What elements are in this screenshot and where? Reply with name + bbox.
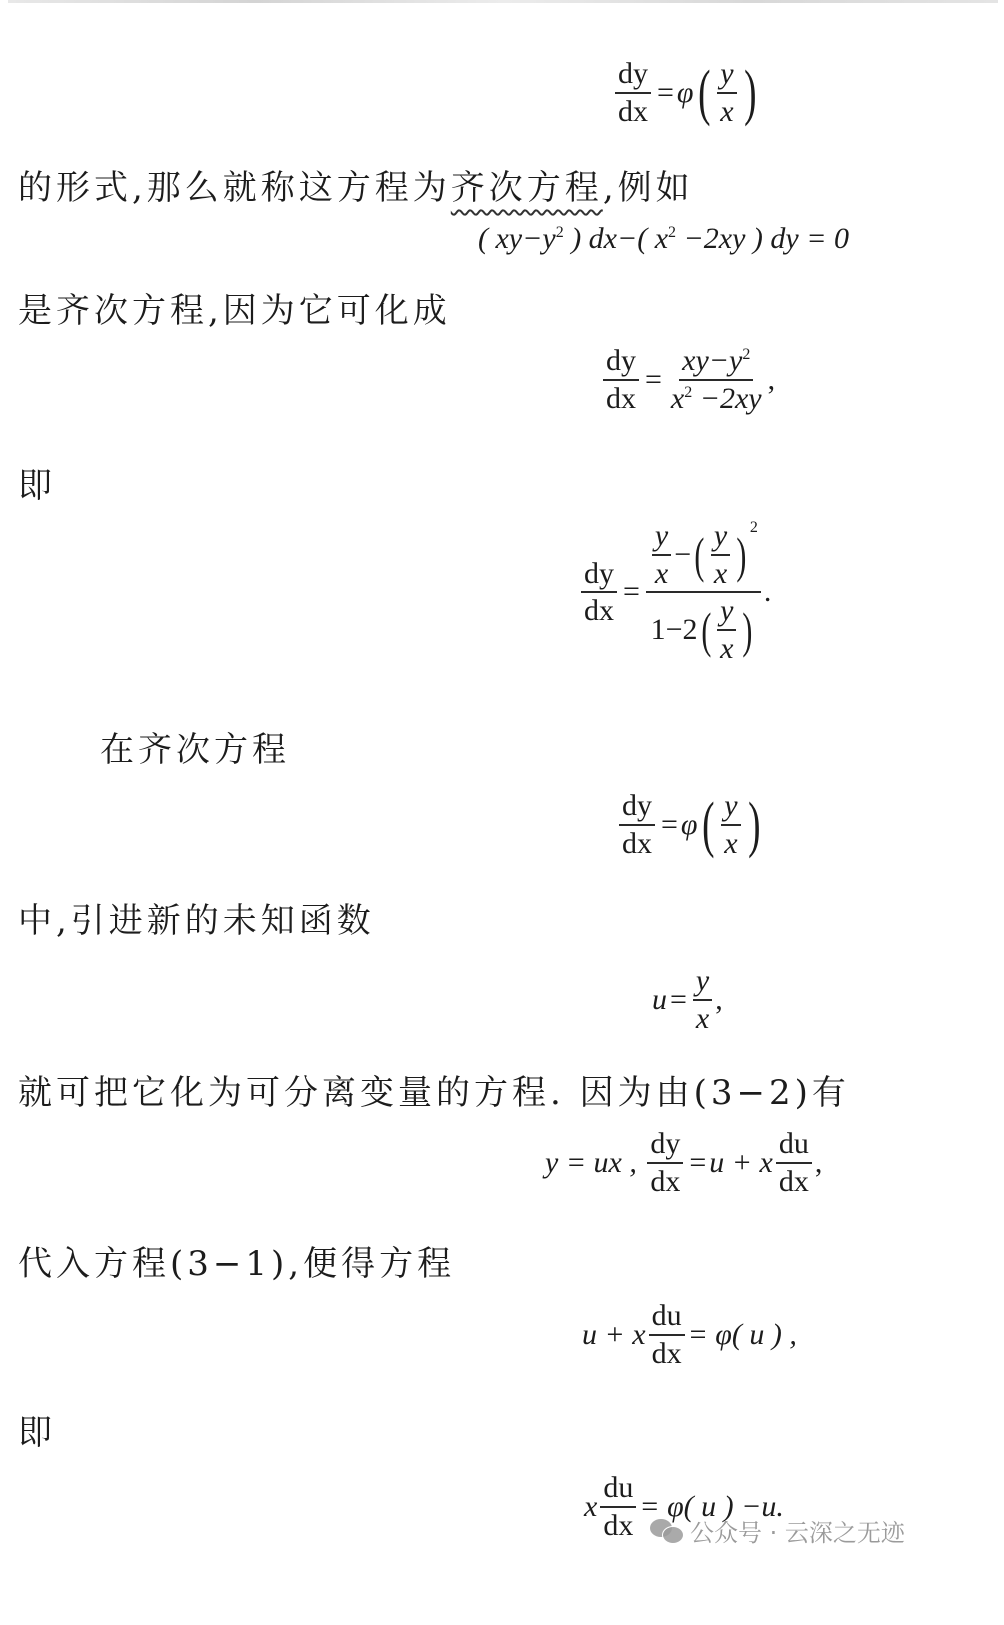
- equation-rewritten: dydx = xy−y2 x2 −2xy ,: [600, 345, 775, 414]
- paragraph-ie-1: 即: [18, 458, 56, 507]
- paragraph-in-homogeneous: 在齐次方程: [100, 722, 290, 771]
- paragraph-definition: 的形式,那么就称这方程为齐次方程,例如: [18, 160, 694, 209]
- watermark: 公众号 · 云深之无迹: [650, 1513, 905, 1548]
- paragraph-substitute: 代入方程(3−1),便得方程: [18, 1236, 455, 1285]
- equation-substitution: u = yx ,: [652, 965, 723, 1034]
- equation-homogeneous-form-2: dydx = φ ( yx ): [616, 790, 764, 859]
- watermark-text: 公众号 · 云深之无迹: [690, 1513, 905, 1548]
- paragraph-separable: 就可把它化为可分离变量的方程. 因为由(3−2)有: [18, 1065, 850, 1114]
- equation-derivative-substitution: y = ux , dydx = u + x dudx ,: [545, 1128, 822, 1197]
- page-top-border: [8, 0, 998, 3]
- emphasized-term: 齐次方程: [451, 168, 603, 208]
- wechat-icon: [650, 1517, 684, 1545]
- paragraph-new-function: 中,引进新的未知函数: [18, 893, 375, 942]
- paragraph-is-homogeneous: 是齐次方程,因为它可化成: [18, 283, 451, 332]
- equation-in-y-over-x: dydx = yx − ( yx )2 1−2 ( yx ) .: [578, 520, 771, 664]
- equation-homogeneous-form: dydx = φ ( yx ): [612, 58, 760, 127]
- equation-u-form: u + x dudx = φ( u ) ,: [582, 1300, 797, 1369]
- paragraph-ie-2: 即: [18, 1405, 56, 1454]
- equation-example: ( xy−y2 ) dx−( x2 −2xy ) dy = 0: [478, 222, 849, 256]
